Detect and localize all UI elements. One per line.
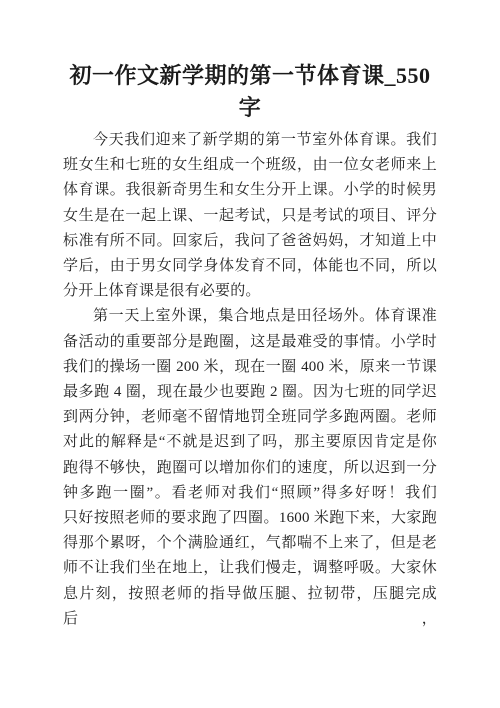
- essay-line: 今天我们迎来了新学期的第一节室外体育课。我们: [63, 128, 437, 153]
- essay-line: 学后，由于男女同学身体发育不同，体能也不同，所以: [63, 254, 437, 279]
- essay-line: 得那个累呀，个个满脸通红，气都喘不上来了，但是老: [63, 531, 437, 556]
- essay-title: 初一作文新学期的第一节体育课_550 字: [63, 60, 437, 124]
- essay-line: 体育课。我很新奇男生和女生分开上课。小学的时候男: [63, 178, 437, 203]
- essay-line: 女生是在一起上课、一起考试，只是考试的项目、评分: [63, 204, 437, 229]
- essay-paragraph: 今天我们迎来了新学期的第一节室外体育课。我们班女生和七班的女生组成一个班级，由一…: [63, 128, 437, 304]
- essay-line: 钟多跑一圈”。看老师对我们“照顾”得多好呀！我们: [63, 481, 437, 506]
- essay-body: 今天我们迎来了新学期的第一节室外体育课。我们班女生和七班的女生组成一个班级，由一…: [63, 128, 437, 632]
- essay-line: 标准有所不同。回家后，我问了爸爸妈妈，才知道上中: [63, 229, 437, 254]
- essay-line: 息片刻，按照老师的指导做压腿、拉韧带，压腿完成后，: [63, 582, 437, 632]
- essay-line: 分开上体育课是很有必要的。: [63, 279, 437, 304]
- essay-line: 班女生和七班的女生组成一个班级，由一位女老师来上: [63, 153, 437, 178]
- essay-line: 跑得不够快，跑圈可以增加你们的速度，所以迟到一分: [63, 456, 437, 481]
- essay-line: 只好按照老师的要求跑了四圈。1600 米跑下来，大家跑: [63, 506, 437, 531]
- essay-line: 最多跑 4 圈，现在最少也要跑 2 圈。因为七班的同学迟: [63, 380, 437, 405]
- essay-paragraph: 第一天上室外课，集合地点是田径场外。体育课准备活动的重要部分是跑圈，这是最难受的…: [63, 304, 437, 632]
- essay-line: 师不让我们坐在地上，让我们慢走，调整呼吸。大家休: [63, 556, 437, 581]
- essay-line: 第一天上室外课，集合地点是田径场外。体育课准: [63, 304, 437, 329]
- essay-line: 对此的解释是“不就是迟到了吗，那主要原因肯定是你: [63, 430, 437, 455]
- essay-line: 备活动的重要部分是跑圈，这是最难受的事情。小学时: [63, 330, 437, 355]
- essay-line: 到两分钟，老师毫不留情地罚全班同学多跑两圈。老师: [63, 405, 437, 430]
- essay-line: 我们的操场一圈 200 米，现在一圈 400 米，原来一节课: [63, 355, 437, 380]
- document-page: 初一作文新学期的第一节体育课_550 字 今天我们迎来了新学期的第一节室外体育课…: [0, 0, 500, 708]
